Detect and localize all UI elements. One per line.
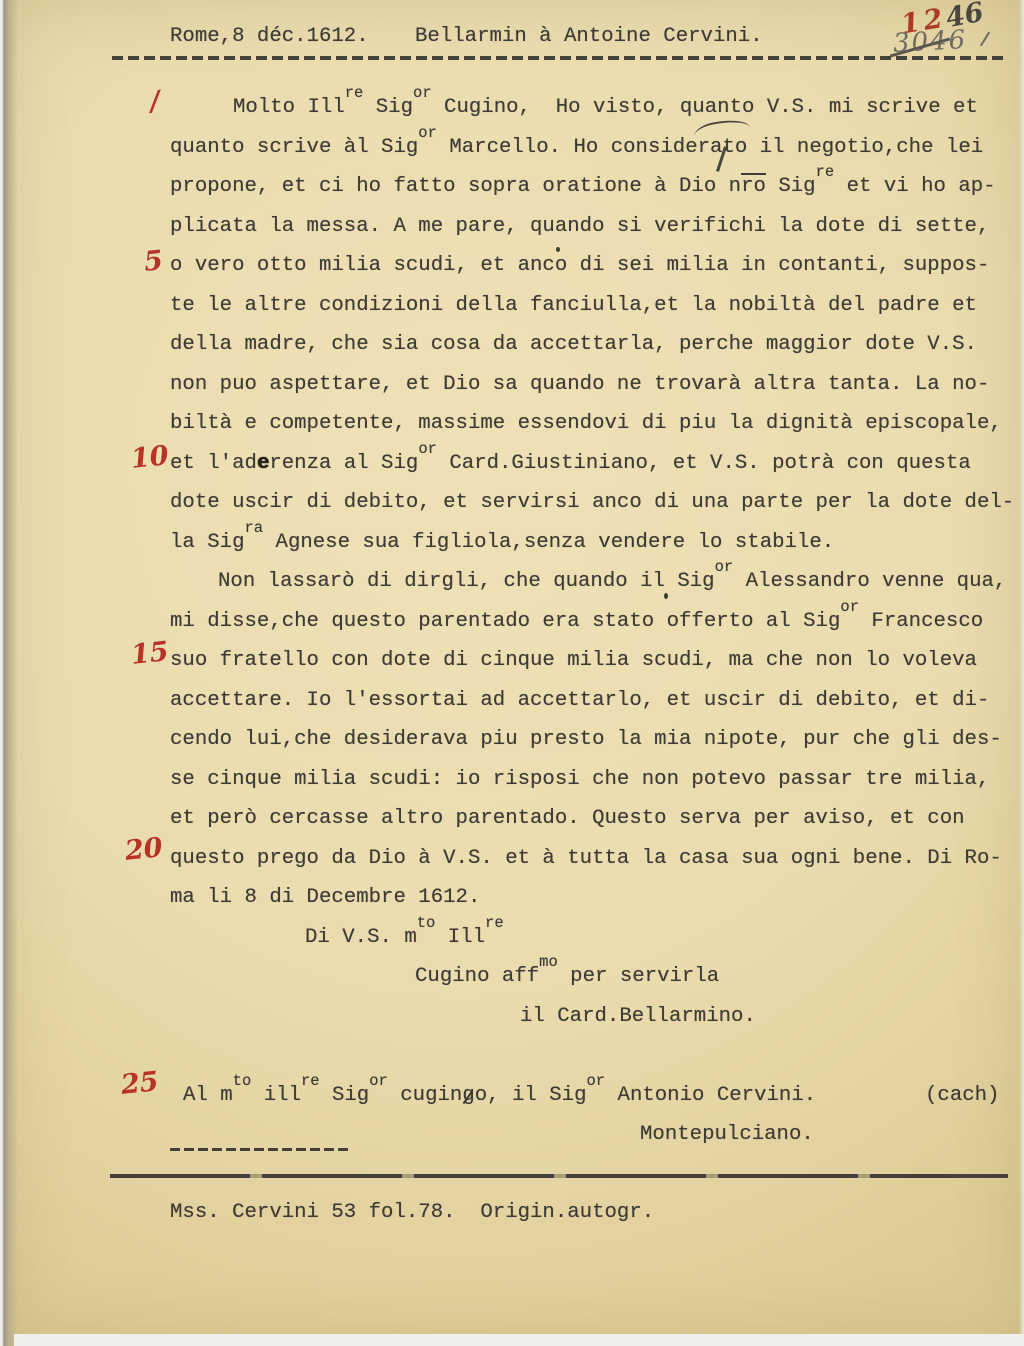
letter-line: della madre, che sia cosa da accettarla,… <box>170 332 977 359</box>
signature-separator-rule <box>170 1148 348 1151</box>
margin-line-number: 25 <box>119 1066 160 1101</box>
header-rule <box>112 56 1008 60</box>
letter-line: Cugino affmo per servirla <box>415 964 719 991</box>
scanned-letter-page: Rome,8 déc.1612. Bellarmin à Antoine Cer… <box>0 0 1024 1346</box>
letter-line: Al mto illre Sigor cugingo, il Sigor Ant… <box>183 1083 816 1110</box>
header-title: Bellarmin à Antoine Cervini. <box>415 24 763 50</box>
margin-line-number: 5 <box>142 245 164 278</box>
letter-line: dote uscir di debito, et servirsi anco d… <box>170 490 1014 517</box>
letter-line: il Card.Bellarmino. <box>520 1004 756 1031</box>
margin-line-number: 20 <box>123 832 164 867</box>
margin-line-number: 10 <box>129 440 170 475</box>
letter-line: quanto scrive àl Sigor Marcello. Ho cons… <box>170 135 983 162</box>
letter-line: se cinque milia scudi: io risposi che no… <box>170 767 989 794</box>
letter-line: Di V.S. mto Illre <box>305 925 504 952</box>
letter-line: et però cercasse altro parentado. Questo… <box>170 806 965 833</box>
letter-line: accettare. Io l'essortai ad accettarlo, … <box>170 688 989 715</box>
letter-line: cendo lui,che desiderava piu presto la m… <box>170 727 1002 754</box>
letter-line: te le altre condizioni della fanciulla,e… <box>170 293 977 320</box>
header-date: Rome,8 déc.1612. <box>170 24 369 50</box>
scan-edge-bottom <box>14 1334 1024 1346</box>
letter-line: ma li 8 di Decembre 1612. <box>170 885 480 912</box>
letter-line: o vero otto milia scudi, et anco di sei … <box>170 253 989 280</box>
typed-dot-mark <box>556 247 560 252</box>
letter-line: suo fratello con dote di cinque milia sc… <box>170 648 977 675</box>
archive-tick-mark <box>980 32 990 47</box>
cachet-note: (cach) <box>925 1083 1000 1109</box>
letter-line: Molto Illre Sigor Cugino, Ho visto, quan… <box>233 95 978 122</box>
letter-line: et l'aderenza al Sigor Card.Giustiniano,… <box>170 451 971 478</box>
scan-edge-left <box>0 0 18 1346</box>
letter-line: Montepulciano. <box>640 1122 814 1149</box>
letter-line: biltà e competente, massime essendovi di… <box>170 411 1002 438</box>
footer-source: Mss. Cervini 53 fol.78. Origin.autogr. <box>170 1200 654 1226</box>
typed-dot-mark <box>664 593 668 599</box>
margin-line-number: 15 <box>129 636 170 671</box>
letter-line: plicata la messa. A me pare, quando si v… <box>170 214 989 241</box>
letter-line: questo prego da Dio à V.S. et à tutta la… <box>170 846 1002 873</box>
letter-line: mi disse,che questo parentado era stato … <box>170 609 983 636</box>
letter-line: la Sigra Agnese sua figliola,senza vende… <box>170 530 834 557</box>
address-separator-rule <box>110 1174 1008 1178</box>
letter-line: propone, et ci ho fatto sopra oratione à… <box>170 174 996 201</box>
letter-line: non puo aspettare, et Dio sa quando ne t… <box>170 372 989 399</box>
margin-line-number: / <box>148 86 161 118</box>
letter-line: Non lassarò di dirgli, che quando il Sig… <box>218 569 1006 596</box>
letter-body: Molto Illre Sigor Cugino, Ho visto, quan… <box>170 95 1024 1215</box>
